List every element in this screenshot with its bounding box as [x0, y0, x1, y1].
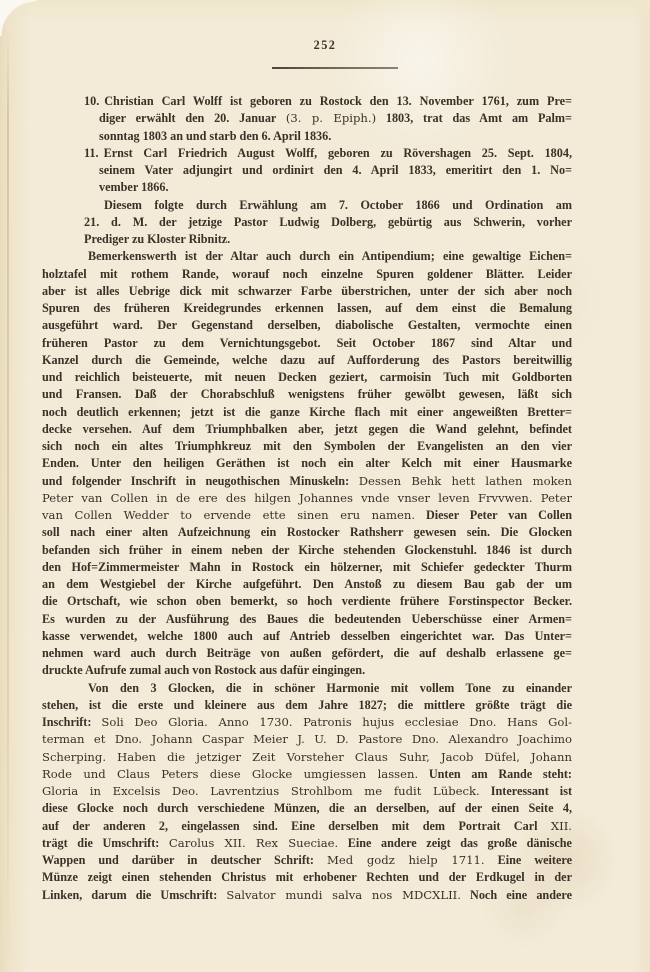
text-run-fraktur: sonntag 1803 an und starb den 6. April 1…: [99, 129, 331, 143]
text-line: und Fransen. Daß der Chorabschluß wenigs…: [42, 385, 572, 402]
text-line: die Ortschaft, wie schon oben bemerkt, s…: [42, 592, 572, 609]
text-line: Wappen und darüber in deutscher Schrift:…: [42, 851, 572, 868]
text-run-fraktur: und Fransen. Daß der Chorabschluß wenigs…: [42, 387, 572, 401]
page-corner: [0, 0, 36, 36]
text-run-fraktur: Prediger zu Kloster Ribnitz.: [84, 232, 230, 246]
text-run-fraktur: Linken, darum die Umschrift:: [42, 888, 226, 902]
text-run-antiqua: Carolus XII. Rex Sueciae.: [169, 836, 338, 850]
text-run-antiqua: Scherping. Haben die jetziger Zeit Vorst…: [42, 750, 572, 764]
text-run-fraktur: noch deutlich erkennen; jetzt ist die ga…: [42, 405, 572, 419]
text-run-fraktur: und folgender Inschrift in neugothischen…: [42, 474, 359, 488]
text-line: und folgender Inschrift in neugothischen…: [42, 472, 572, 489]
text-run-fraktur: Bemerkenswerth ist der Altar auch durch …: [88, 249, 572, 263]
text-line: ausgeführt ward. Der Gegenstand derselbe…: [42, 316, 572, 333]
text-run-fraktur: soll nach einer alten Aufzeichnung ein R…: [42, 525, 572, 539]
text-run-fraktur: Interessant ist: [480, 784, 572, 798]
text-run-fraktur: stehen, ist die erste und kleinere aus d…: [42, 698, 572, 712]
text-run-fraktur: 1803, trat das Amt am Palm=: [376, 111, 572, 125]
text-run-fraktur: Kanzel durch die Gemeinde, welche dazu a…: [42, 353, 572, 367]
text-line: Enden. Unter den heiligen Geräthen ist n…: [42, 454, 572, 471]
text-run-fraktur: Wappen und darüber in deutscher Schrift:: [42, 853, 327, 867]
text-line: 10.Christian Carl Wolff ist geboren zu R…: [84, 92, 572, 109]
text-run-fraktur: nehmen ward auch durch Beiträge von auße…: [42, 646, 572, 660]
text-line: und reichlich beisteuerte, mit neuen Dec…: [42, 368, 572, 385]
text-run-fraktur: holztafel mit rothem Rande, worauf noch …: [42, 267, 572, 281]
book-page-scan: 252 10.Christian Carl Wolff ist geboren …: [0, 0, 650, 972]
text-run-fraktur: sich noch ein altes Triumphkreuz mit den…: [42, 439, 572, 453]
text-run-antiqua: Gloria in Excelsis Deo. Lavrentzius Stro…: [42, 784, 480, 798]
text-line: an dem Westgiebel der Kirche aufgeführt.…: [42, 575, 572, 592]
text-line: früheren Pastor zu dem Vernichtungsgebot…: [42, 334, 572, 351]
text-line: aber ist alles Uebrige dick mit schwarze…: [42, 282, 572, 299]
text-line: kasse verwendet, welche 1800 auch auf An…: [42, 627, 572, 644]
text-line: Prediger zu Kloster Ribnitz.: [84, 230, 572, 247]
text-line: decke versehen. Auf dem Triumphbalken ab…: [42, 420, 572, 437]
list-item-number: 11.: [84, 146, 99, 160]
text-line: befanden sich früher in einem neben der …: [42, 541, 572, 558]
text-line: vember 1866.: [84, 178, 572, 195]
text-run-fraktur: die Ortschaft, wie schon oben bemerkt, s…: [42, 594, 572, 608]
text-line: druckte Aufrufe zumal auch von Rostock a…: [42, 661, 572, 678]
text-run-fraktur: ausgeführt ward. Der Gegenstand derselbe…: [42, 318, 572, 332]
text-run-fraktur: druckte Aufrufe zumal auch von Rostock a…: [42, 663, 365, 677]
text-run-fraktur: früheren Pastor zu dem Vernichtungsgebot…: [42, 336, 572, 350]
text-run-fraktur: Eine weitere: [485, 853, 572, 867]
text-line: sonntag 1803 an und starb den 6. April 1…: [84, 127, 572, 144]
text-line: Peter van Collen in de ere des hilgen Jo…: [42, 489, 572, 506]
text-line: Gloria in Excelsis Deo. Lavrentzius Stro…: [42, 782, 572, 799]
text-run-fraktur: den Hof=Zimmermeister Mahn in Rostock ei…: [42, 560, 572, 574]
text-run-antiqua: van Collen Wedder to ervende ette sinen …: [42, 508, 415, 522]
text-run-fraktur: diese Glocke noch durch verschiedene Mün…: [42, 801, 572, 815]
text-run-fraktur: Enden. Unter den heiligen Geräthen ist n…: [42, 456, 572, 470]
text-run-fraktur: Dieser Peter van Collen: [415, 508, 572, 522]
text-line: Scherping. Haben die jetziger Zeit Vorst…: [42, 748, 572, 765]
text-run-fraktur: Münze zeigt einen stehenden Christus mit…: [42, 870, 572, 884]
paragraph: Von den 3 Glocken, die in schöner Harmon…: [42, 679, 572, 903]
text-run-fraktur: Spuren des früheren Kreidegrundes erkenn…: [42, 301, 572, 315]
text-run-fraktur: an dem Westgiebel der Kirche aufgeführt.…: [42, 577, 572, 591]
text-run-fraktur: diger erwählt den 20. Januar: [99, 111, 286, 125]
text-run-antiqua: Peter van Collen in de ere des hilgen Jo…: [42, 491, 572, 505]
text-line: noch deutlich erkennen; jetzt ist die ga…: [42, 403, 572, 420]
page-edge-crease: [7, 30, 9, 972]
text-line: seinem Vater adjungirt und ordinirt den …: [84, 161, 572, 178]
text-line: stehen, ist die erste und kleinere aus d…: [42, 696, 572, 713]
page-number: 252: [0, 38, 650, 53]
text-run-fraktur: Von den 3 Glocken, die in schöner Harmon…: [88, 681, 572, 695]
text-run-fraktur: Christian Carl Wolff ist geboren zu Rost…: [104, 94, 572, 108]
text-run-fraktur: decke versehen. Auf dem Triumphbalken ab…: [42, 422, 572, 436]
text-run-antiqua: terman et Dno. Johann Caspar Meier J. U.…: [42, 732, 572, 746]
text-line: nehmen ward auch durch Beiträge von auße…: [42, 644, 572, 661]
text-line: Rode und Claus Peters diese Glocke umgie…: [42, 765, 572, 782]
text-run-fraktur: Es wurden zu der Ausführung des Baues di…: [42, 612, 572, 626]
text-line: Kanzel durch die Gemeinde, welche dazu a…: [42, 351, 572, 368]
page-content: 10.Christian Carl Wolff ist geboren zu R…: [42, 92, 572, 903]
text-line: Münze zeigt einen stehenden Christus mit…: [42, 868, 572, 885]
text-run-fraktur: aber ist alles Uebrige dick mit schwarze…: [42, 284, 572, 298]
text-line: Linken, darum die Umschrift: Salvator mu…: [42, 886, 572, 903]
text-run-fraktur: kasse verwendet, welche 1800 auch auf An…: [42, 629, 572, 643]
text-run-antiqua: XII.: [551, 819, 572, 833]
text-line: diger erwählt den 20. Januar (3. p. Epip…: [84, 109, 572, 126]
text-run-fraktur: Ernst Carl Friedrich August Wolff, gebor…: [104, 146, 572, 160]
text-line: Bemerkenswerth ist der Altar auch durch …: [42, 247, 572, 264]
text-run-antiqua: (3. p. Epiph.): [286, 111, 376, 125]
text-line: auf der anderen 2, eingelassen sind. Ein…: [42, 817, 572, 834]
text-run-antiqua: Med godz hielp 1711.: [327, 853, 485, 867]
text-line: diese Glocke noch durch verschiedene Mün…: [42, 799, 572, 816]
text-run-antiqua: Soli Deo Gloria. Anno 1730. Patronis huj…: [101, 715, 572, 729]
text-line: Spuren des früheren Kreidegrundes erkenn…: [42, 299, 572, 316]
text-run-fraktur: auf der anderen 2, eingelassen sind. Ein…: [42, 819, 551, 833]
text-run-fraktur: trägt die Umschrift:: [42, 836, 169, 850]
text-run-fraktur: Unten am Rande steht:: [418, 767, 572, 781]
text-line: den Hof=Zimmermeister Mahn in Rostock ei…: [42, 558, 572, 575]
text-line: 21. d. M. der jetzige Pastor Ludwig Dolb…: [84, 213, 572, 230]
text-run-fraktur: 21. d. M. der jetzige Pastor Ludwig Dolb…: [84, 215, 572, 229]
text-run-antiqua: Salvator mundi salva nos MDCXLII.: [226, 888, 461, 902]
text-run-fraktur: Noch eine andere: [461, 888, 572, 902]
list-item-number: 10.: [84, 94, 99, 108]
text-line: sich noch ein altes Triumphkreuz mit den…: [42, 437, 572, 454]
text-run-fraktur: seinem Vater adjungirt und ordinirt den …: [99, 163, 572, 177]
text-line: Von den 3 Glocken, die in schöner Harmon…: [42, 679, 572, 696]
text-line: soll nach einer alten Aufzeichnung ein R…: [42, 523, 572, 540]
text-run-fraktur: und reichlich beisteuerte, mit neuen Dec…: [42, 370, 572, 384]
text-line: van Collen Wedder to ervende ette sinen …: [42, 506, 572, 523]
text-run-fraktur: Inschrift:: [42, 715, 101, 729]
text-line: Es wurden zu der Ausführung des Baues di…: [42, 610, 572, 627]
text-line: 11.Ernst Carl Friedrich August Wolff, ge…: [84, 144, 572, 161]
header-rule: [272, 67, 398, 69]
list-item: 11.Ernst Carl Friedrich August Wolff, ge…: [42, 144, 572, 196]
text-run-antiqua: Dessen Behk hett lathen moken: [359, 474, 572, 488]
text-run-fraktur: Diesem folgte durch Erwählung am 7. Octo…: [104, 198, 572, 212]
text-line: Diesem folgte durch Erwählung am 7. Octo…: [84, 196, 572, 213]
text-line: holztafel mit rothem Rande, worauf noch …: [42, 265, 572, 282]
paragraph: Bemerkenswerth ist der Altar auch durch …: [42, 247, 572, 678]
text-run-fraktur: befanden sich früher in einem neben der …: [42, 543, 572, 557]
text-run-antiqua: Rode und Claus Peters diese Glocke umgie…: [42, 767, 418, 781]
list-item: 10.Christian Carl Wolff ist geboren zu R…: [42, 92, 572, 144]
text-line: trägt die Umschrift: Carolus XII. Rex Su…: [42, 834, 572, 851]
list-paragraph: Diesem folgte durch Erwählung am 7. Octo…: [42, 196, 572, 248]
text-run-fraktur: vember 1866.: [99, 180, 169, 194]
text-line: terman et Dno. Johann Caspar Meier J. U.…: [42, 730, 572, 747]
text-line: Inschrift: Soli Deo Gloria. Anno 1730. P…: [42, 713, 572, 730]
text-run-fraktur: Eine andere zeigt das große dänische: [338, 836, 572, 850]
